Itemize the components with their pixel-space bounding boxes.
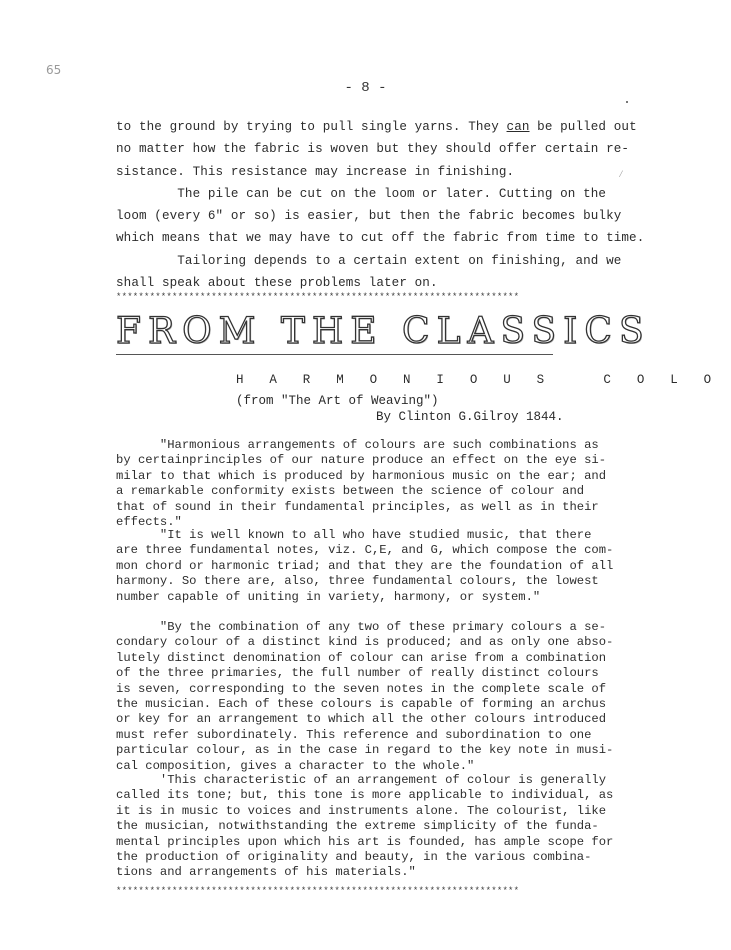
intro-line: no matter how the fabric is woven but th… <box>116 138 676 160</box>
section-banner: FROM THE CLASSICS <box>116 312 556 356</box>
intro-line: Tailoring depends to a certain extent on… <box>116 250 676 272</box>
separator-bottom: ****************************************… <box>116 886 656 896</box>
banner-underline <box>116 354 553 355</box>
article-paragraph: "It is well known to all who have studie… <box>116 528 686 605</box>
article-paragraph: "By the combination of any two of these … <box>116 620 686 774</box>
intro-line: sistance. This resistance may increase i… <box>116 161 676 183</box>
page-number: - 8 - <box>0 80 731 96</box>
separator-top: ****************************************… <box>116 292 656 302</box>
intro-text: to the ground by trying to pull single y… <box>116 116 676 294</box>
intro-line: to the ground by trying to pull single y… <box>116 116 676 138</box>
underlined-word: can <box>507 120 530 134</box>
intro-line: which means that we may have to cut off … <box>116 227 676 249</box>
article-paragraph: 'This characteristic of an arrangement o… <box>116 773 686 881</box>
stray-mark-dot <box>626 101 628 103</box>
article-paragraph: "Harmonious arrangements of colours are … <box>116 438 686 530</box>
corner-page-mark: 65 <box>46 63 61 77</box>
article-title: H A R M O N I O U S C O L O U R I N G <box>236 373 731 387</box>
article-source: (from "The Art of Weaving") <box>236 394 439 408</box>
intro-line: loom (every 6" or so) is easier, but the… <box>116 205 676 227</box>
banner-heading: FROM THE CLASSICS <box>116 312 556 352</box>
article-author: By Clinton G.Gilroy 1844. <box>376 410 564 424</box>
intro-line: The pile can be cut on the loom or later… <box>116 183 676 205</box>
